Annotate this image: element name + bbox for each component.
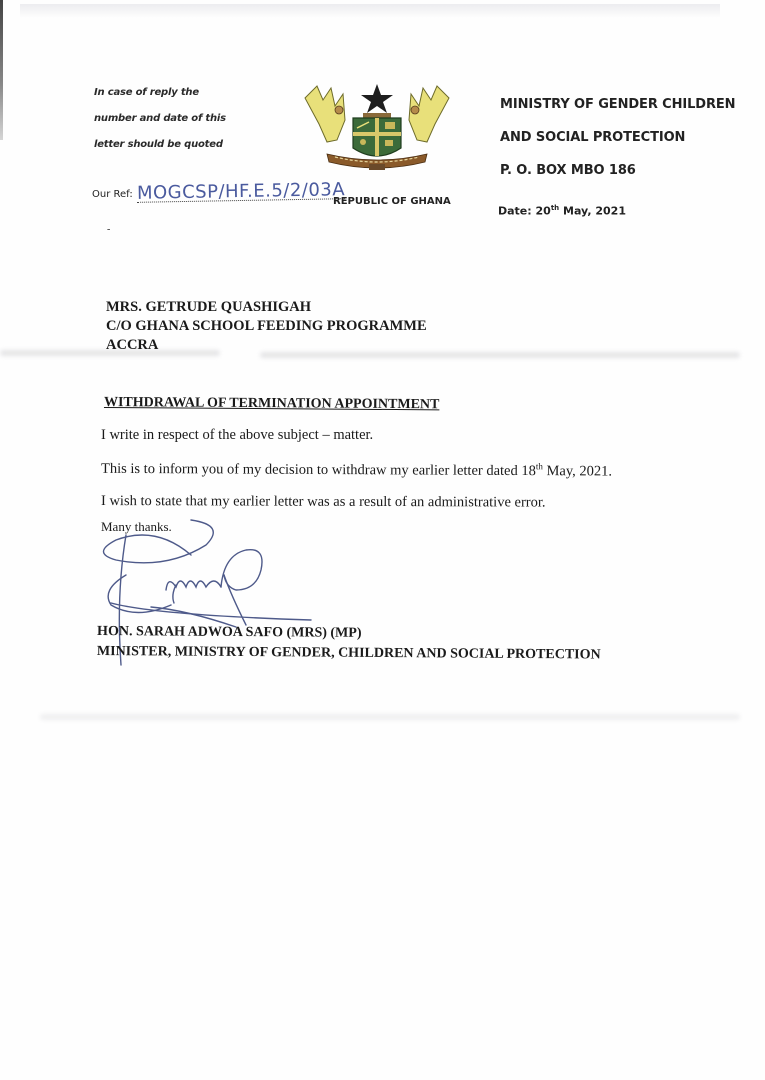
scan-edge [0,0,3,140]
stray-mark: - [107,224,110,235]
letter-subject: WITHDRAWAL OF TERMINATION APPOINTMENT [104,395,440,413]
ministry-name-line: MINISTRY OF GENDER CHILDREN [500,88,735,121]
republic-label: REPUBLIC OF GHANA [333,196,451,207]
po-box: P. O. BOX MBO 186 [500,154,735,187]
letter-date: Date: 20th May, 2021 [498,204,626,218]
reply-note-line: number and date of this [94,106,226,132]
addressee-name: MRS. GETRUDE QUASHIGAH [106,298,427,317]
date-day: 20 [536,205,551,218]
scan-shadow [20,4,720,18]
signatory-block: HON. SARAH ADWOA SAFO (MRS) (MP) MINISTE… [97,622,601,666]
body-paragraph-2: This is to inform you of my decision to … [101,459,612,481]
ref-number-handwritten: MOGCSP/HF.E.5/2/03A [137,182,345,203]
ministry-address: MINISTRY OF GENDER CHILDREN AND SOCIAL P… [500,88,735,187]
addressee-block: MRS. GETRUDE QUASHIGAH C/O GHANA SCHOOL … [106,298,427,355]
body-paragraph-1: I write in respect of the above subject … [101,427,373,444]
reference-line: Our Ref: MOGCSP/HF.E.5/2/03A [92,184,345,201]
ref-label: Our Ref: [92,189,133,200]
date-month-year: May, 2021 [563,205,626,218]
paragraph-text: This is to inform you of my decision to … [101,461,536,479]
signatory-name: HON. SARAH ADWOA SAFO (MRS) (MP) [97,624,362,641]
reply-note-line: In case of reply the [94,80,226,106]
coat-of-arms-icon [297,80,457,172]
date-suffix: th [551,204,559,212]
reply-note-line: letter should be quoted [94,132,226,158]
signatory-title: MINISTER, MINISTRY OF GENDER, CHILDREN A… [97,642,601,666]
addressee-city: ACCRA [106,336,427,355]
reply-instructions: In case of reply the number and date of … [94,80,226,158]
letter-page: In case of reply the number and date of … [0,0,765,1080]
ministry-name-line: AND SOCIAL PROTECTION [500,121,735,154]
paragraph-text: May, 2021. [543,463,612,479]
date-label: Date: [498,205,532,218]
body-paragraph-3: I wish to state that my earlier letter w… [101,493,546,512]
ordinal-suffix: th [536,461,543,471]
scan-smudge [40,714,740,720]
addressee-organization: C/O GHANA SCHOOL FEEDING PROGRAMME [106,317,427,336]
